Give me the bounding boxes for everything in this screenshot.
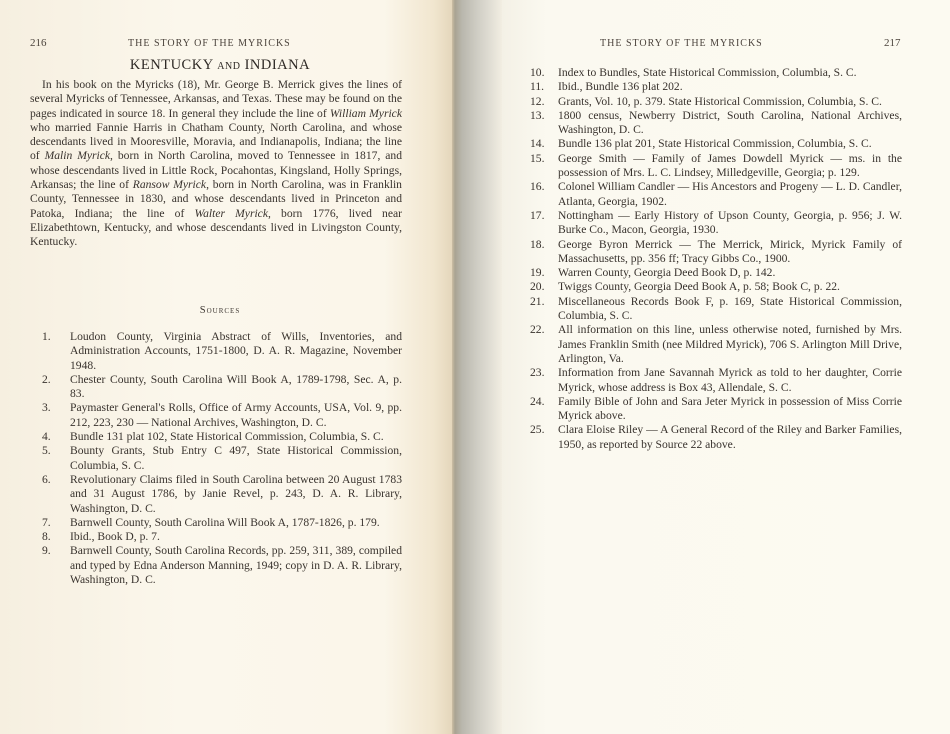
running-head: THE STORY OF THE MYRICKS: [128, 38, 291, 49]
source-text: Bundle 136 plat 201, State Historical Co…: [558, 137, 902, 151]
source-item: 13.1800 census, Newberry District, South…: [530, 109, 902, 138]
page-number: 216: [30, 37, 47, 49]
source-number: 24.: [530, 395, 558, 424]
source-number: 6.: [42, 473, 70, 516]
source-number: 19.: [530, 266, 558, 280]
source-item: 6.Revolutionary Claims filed in South Ca…: [42, 473, 402, 516]
source-text: 1800 census, Newberry District, South Ca…: [558, 109, 902, 138]
source-number: 21.: [530, 295, 558, 324]
source-number: 1.: [42, 330, 70, 373]
source-text: Chester County, South Carolina Will Book…: [70, 373, 402, 402]
source-number: 23.: [530, 366, 558, 395]
source-item: 16.Colonel William Candler — His Ancesto…: [530, 180, 902, 209]
source-text: George Smith — Family of James Dowdell M…: [558, 152, 902, 181]
italic-name: Malin Myrick: [45, 149, 110, 162]
section-title-part: KENTUCKY: [130, 57, 217, 73]
source-number: 18.: [530, 238, 558, 267]
source-item: 14.Bundle 136 plat 201, State Historical…: [530, 137, 902, 151]
source-text: Bundle 131 plat 102, State Historical Co…: [70, 430, 402, 444]
source-text: Index to Bundles, State Historical Commi…: [558, 66, 902, 80]
source-number: 20.: [530, 280, 558, 294]
source-text: Paymaster General's Rolls, Office of Arm…: [70, 401, 402, 430]
source-item: 23.Information from Jane Savannah Myrick…: [530, 366, 902, 395]
source-number: 2.: [42, 373, 70, 402]
section-title-part: INDIANA: [240, 57, 310, 73]
source-item: 21.Miscellaneous Records Book F, p. 169,…: [530, 295, 902, 324]
source-number: 17.: [530, 209, 558, 238]
source-item: 24.Family Bible of John and Sara Jeter M…: [530, 395, 902, 424]
source-item: 4.Bundle 131 plat 102, State Historical …: [42, 430, 402, 444]
source-number: 5.: [42, 444, 70, 473]
source-text: Twiggs County, Georgia Deed Book A, p. 5…: [558, 280, 902, 294]
source-text: Bounty Grants, Stub Entry C 497, State H…: [70, 444, 402, 473]
sources-heading: Sources: [30, 305, 410, 316]
source-number: 22.: [530, 323, 558, 366]
italic-name: Walter Myrick: [194, 207, 267, 220]
source-text: Information from Jane Savannah Myrick as…: [558, 366, 902, 395]
italic-name: Ransow Myrick: [133, 178, 206, 191]
source-number: 11.: [530, 80, 558, 94]
running-head: THE STORY OF THE MYRICKS: [600, 38, 763, 49]
source-number: 9.: [42, 544, 70, 587]
source-number: 10.: [530, 66, 558, 80]
source-item: 3.Paymaster General's Rolls, Office of A…: [42, 401, 402, 430]
source-number: 25.: [530, 423, 558, 452]
source-number: 12.: [530, 95, 558, 109]
source-item: 8.Ibid., Book D, p. 7.: [42, 530, 402, 544]
source-number: 4.: [42, 430, 70, 444]
sources-list-continued: 10.Index to Bundles, State Historical Co…: [530, 66, 902, 452]
source-text: Ibid., Book D, p. 7.: [70, 530, 402, 544]
source-item: 15.George Smith — Family of James Dowdel…: [530, 152, 902, 181]
source-text: George Byron Merrick — The Merrick, Miri…: [558, 238, 902, 267]
source-item: 9.Barnwell County, South Carolina Record…: [42, 544, 402, 587]
source-text: Clara Eloise Riley — A General Record of…: [558, 423, 902, 452]
source-number: 7.: [42, 516, 70, 530]
source-text: Barnwell County, South Carolina Will Boo…: [70, 516, 402, 530]
source-text: All information on this line, unless oth…: [558, 323, 902, 366]
source-text: Barnwell County, South Carolina Records,…: [70, 544, 402, 587]
source-text: Loudon County, Virginia Abstract of Will…: [70, 330, 402, 373]
source-number: 8.: [42, 530, 70, 544]
source-item: 22.All information on this line, unless …: [530, 323, 902, 366]
source-item: 2.Chester County, South Carolina Will Bo…: [42, 373, 402, 402]
body-paragraph: In his book on the Myricks (18), Mr. Geo…: [30, 78, 402, 250]
source-number: 13.: [530, 109, 558, 138]
book-spread: 216 THE STORY OF THE MYRICKS KENTUCKY AN…: [0, 0, 950, 734]
source-text: Colonel William Candler — His Ancestors …: [558, 180, 902, 209]
section-title: KENTUCKY AND INDIANA: [30, 57, 410, 74]
source-number: 15.: [530, 152, 558, 181]
source-text: Warren County, Georgia Deed Book D, p. 1…: [558, 266, 902, 280]
source-item: 5.Bounty Grants, Stub Entry C 497, State…: [42, 444, 402, 473]
source-item: 18.George Byron Merrick — The Merrick, M…: [530, 238, 902, 267]
source-number: 14.: [530, 137, 558, 151]
source-text: Family Bible of John and Sara Jeter Myri…: [558, 395, 902, 424]
source-item: 12.Grants, Vol. 10, p. 379. State Histor…: [530, 95, 902, 109]
source-text: Revolutionary Claims filed in South Caro…: [70, 473, 402, 516]
source-item: 10.Index to Bundles, State Historical Co…: [530, 66, 902, 80]
italic-name: William Myrick: [330, 107, 402, 120]
right-page: THE STORY OF THE MYRICKS 217 10.Index to…: [502, 0, 950, 734]
source-item: 11.Ibid., Bundle 136 plat 202.: [530, 80, 902, 94]
source-item: 7.Barnwell County, South Carolina Will B…: [42, 516, 402, 530]
source-item: 19.Warren County, Georgia Deed Book D, p…: [530, 266, 902, 280]
sources-list: 1.Loudon County, Virginia Abstract of Wi…: [42, 330, 402, 587]
source-text: Ibid., Bundle 136 plat 202.: [558, 80, 902, 94]
source-number: 3.: [42, 401, 70, 430]
source-number: 16.: [530, 180, 558, 209]
page-number: 217: [884, 37, 901, 49]
source-item: 17.Nottingham — Early History of Upson C…: [530, 209, 902, 238]
left-page: 216 THE STORY OF THE MYRICKS KENTUCKY AN…: [0, 0, 452, 734]
section-title-and: AND: [217, 61, 240, 72]
source-text: Miscellaneous Records Book F, p. 169, St…: [558, 295, 902, 324]
source-item: 20.Twiggs County, Georgia Deed Book A, p…: [530, 280, 902, 294]
book-gutter: [452, 0, 502, 734]
source-text: Nottingham — Early History of Upson Coun…: [558, 209, 902, 238]
source-item: 1.Loudon County, Virginia Abstract of Wi…: [42, 330, 402, 373]
source-item: 25.Clara Eloise Riley — A General Record…: [530, 423, 902, 452]
source-text: Grants, Vol. 10, p. 379. State Historica…: [558, 95, 902, 109]
